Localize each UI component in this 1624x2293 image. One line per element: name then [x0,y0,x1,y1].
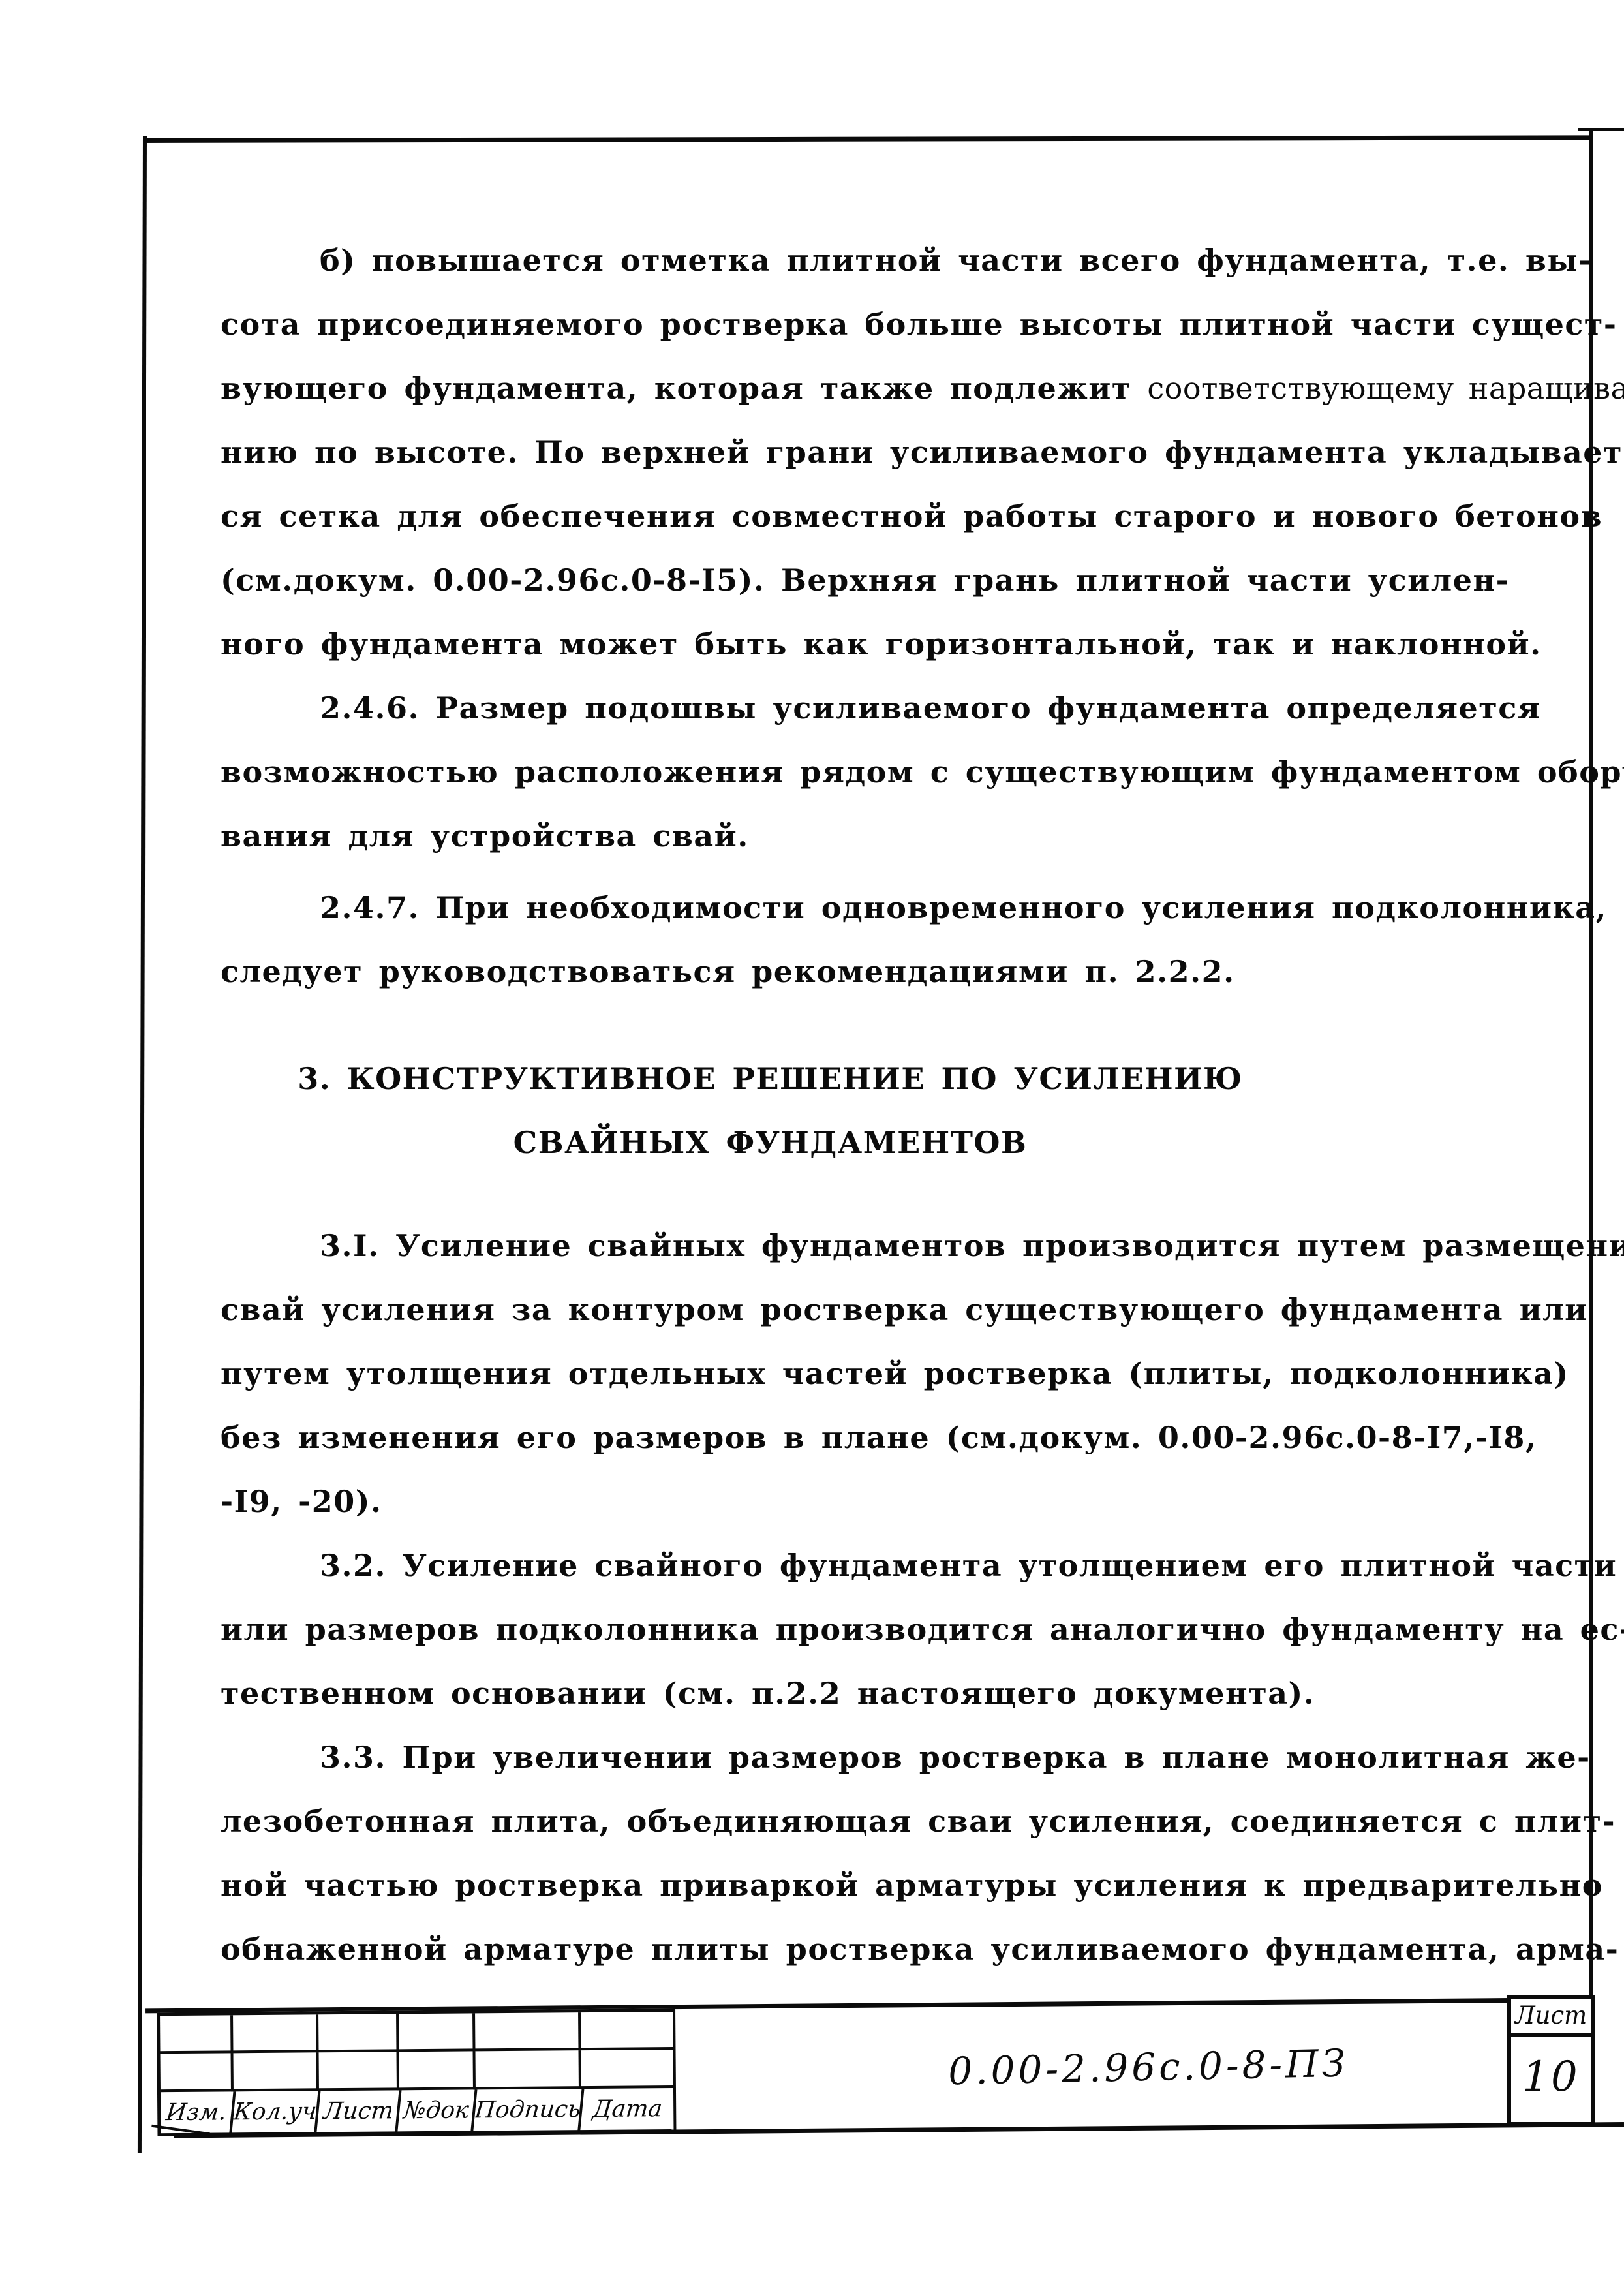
document-number: 0.00-2.96с.0-8-ПЗ [861,2016,1437,2119]
text-line: ного фундамента может быть как горизонта… [221,612,1594,676]
revision-table-cell [233,2014,318,2053]
clause-3-1-line: 3.I. Усиление свайных фундаментов произв… [221,1214,1594,1278]
text-line: -I9, -20). [221,1470,1594,1533]
page-border-top [143,135,1593,143]
text-line: лезобетонная плита, объединяющая сваи ус… [221,1789,1594,1853]
text-line: или размеров подколонника производится а… [221,1597,1594,1661]
stamp-label-podpis: Подпись [474,2089,584,2134]
text-line: б) повышается отметка плитной части всег… [221,228,1594,292]
top-right-border-tick [1578,128,1624,131]
text-line: нию по высоте. По верхней грани усиливае… [221,420,1594,484]
clause-2-4-7-line: 2.4.7. При необходимости одновременного … [221,876,1594,940]
revision-table-cell [581,2012,673,2051]
scanned-document-page: б) повышается отметка плитной части всег… [0,0,1624,2293]
stamp-label-list: Лист [317,2090,402,2134]
revision-table-cell [399,2052,476,2090]
sheet-label: Лист [1511,1999,1591,2037]
stamp-label-ndok: №док [397,2089,478,2134]
text-line: обнаженной арматуре плиты ростверка усил… [221,1917,1594,1981]
clause-3-2-line: 3.2. Усиление свайного фундамента утолще… [221,1533,1594,1597]
text-line: сота присоединяемого ростверка больше вы… [221,292,1594,356]
revision-table-cell [318,2052,399,2091]
stamp-label-koluch: Кол.уч [232,2091,321,2135]
text-line: вующего фундамента, которая также подлеж… [221,356,1594,420]
revision-table-cell [318,2014,399,2052]
text-line: следует руководствоваться рекомендациями… [221,940,1594,1004]
text-line: свай усиления за контуром ростверка суще… [221,1278,1594,1342]
stamp-label-data: Дата [579,2088,675,2132]
text-line-main: вующего фундамента, которая также подлеж… [221,371,1147,406]
text-line: ной частью ростверка приваркой арматуры … [221,1853,1594,1917]
text-line: вания для устройства свай. [221,804,1594,868]
sheet-number: 10 [1511,2037,1591,2121]
revision-table-cell [160,2015,234,2054]
revision-table-cell [475,2012,581,2052]
revision-table-cell [161,2054,234,2092]
section-heading-line-2: СВАЙНЫХ ФУНДАМЕНТОВ [221,1111,1594,1175]
text-line: без изменения его размеров в плане (см.д… [221,1406,1594,1470]
page-border-left [138,136,147,2153]
document-body: б) повышается отметка плитной части всег… [221,228,1594,1981]
revision-table: Изм. Кол.уч Лист №док Подпись Дата [157,2008,676,2136]
text-line: ся сетка для обеспечения совместной рабо… [221,484,1594,548]
section-heading: 3. КОНСТРУКТИВНОЕ РЕШЕНИЕ ПО УСИЛЕНИЮ [221,1047,1594,1111]
text-line: тественном основании (см. п.2.2 настояще… [221,1661,1594,1725]
inserted-correction-text: соответствующему наращива [1147,371,1624,406]
revision-table-cell [475,2051,581,2090]
revision-table-cell [399,2013,475,2052]
clause-2-4-6-line: 2.4.6. Размер подошвы усиливаемого фунда… [221,676,1594,740]
clause-3-3-line: 3.3. При увеличении размеров ростверка в… [221,1725,1594,1789]
text-line: возможностью расположения рядом с сущест… [221,740,1594,804]
revision-table-cell [234,2053,319,2091]
text-line: (см.докум. 0.00-2.96с.0-8-I5). Верхняя г… [221,548,1594,612]
sheet-number-box: Лист 10 [1507,1995,1595,2126]
text-line: путем утолщения отдельных частей роствер… [221,1342,1594,1406]
revision-table-cell [581,2050,673,2089]
